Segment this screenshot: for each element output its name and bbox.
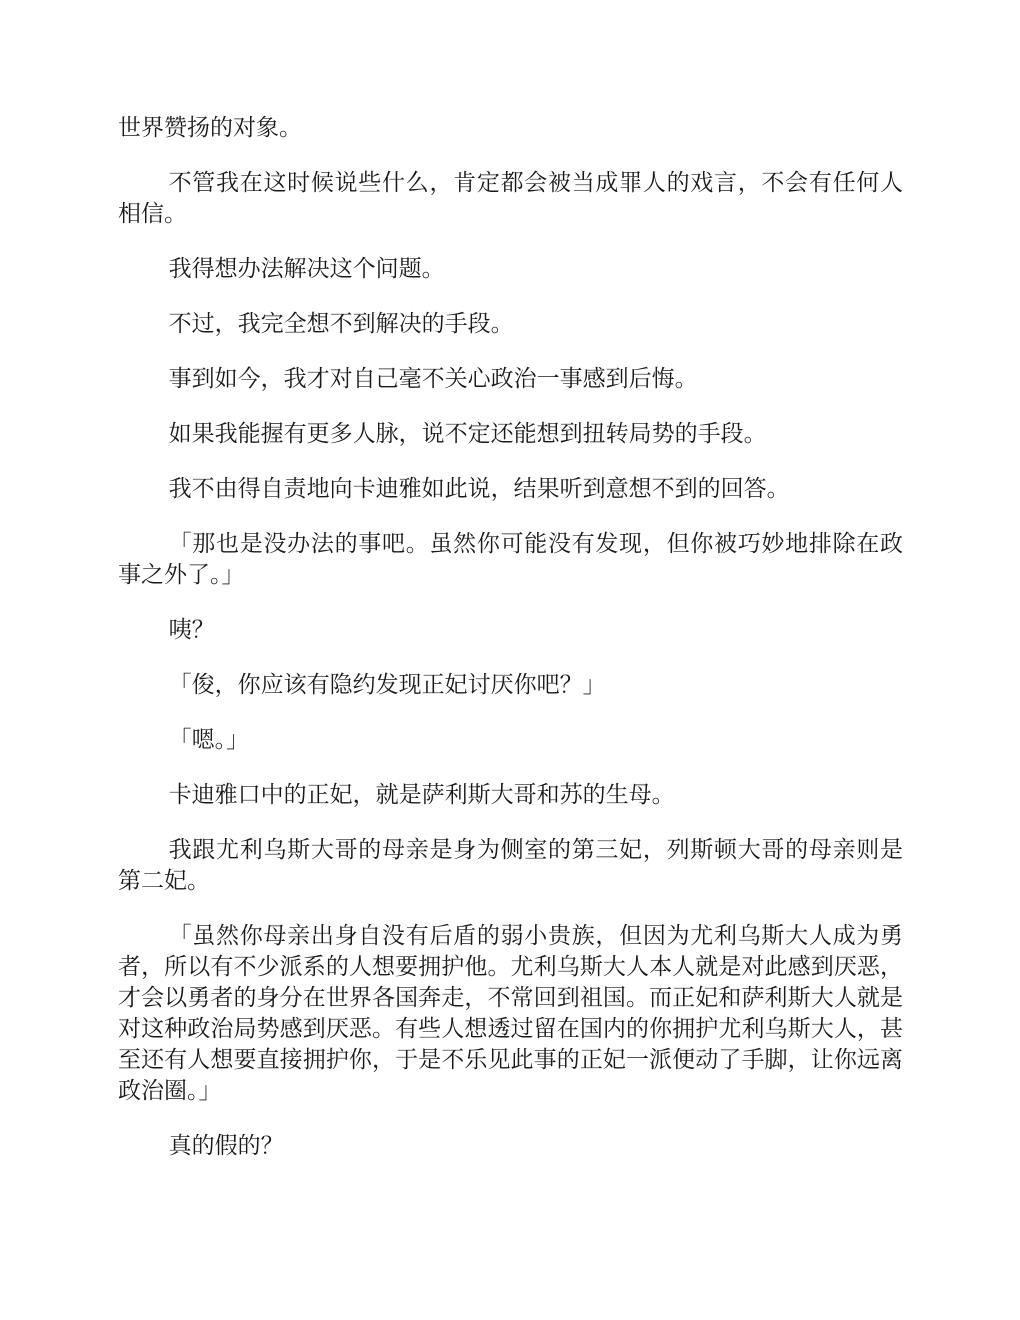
paragraph: 我不由得自责地向卡迪雅如此说，结果听到意想不到的回答。 [118,473,903,504]
paragraph: 咦？ [118,614,903,645]
paragraph: 「那也是没办法的事吧。虽然你可能没有发现，但你被巧妙地排除在政事之外了。」 [118,528,903,590]
paragraph: 真的假的？ [118,1130,903,1161]
paragraph: 「俊，你应该有隐约发现正妃讨厌你吧？」 [118,669,903,700]
paragraph: 我跟尤利乌斯大哥的母亲是身为侧室的第三妃，列斯顿大哥的母亲则是第二妃。 [118,834,903,896]
document-page: 世界赞扬的对象。 不管我在这时候说些什么，肯定都会被当成罪人的戏言，不会有任何人… [0,0,1020,1320]
paragraph: 不管我在这时候说些什么，肯定都会被当成罪人的戏言，不会有任何人相信。 [118,167,903,229]
paragraph: 我得想办法解决这个问题。 [118,253,903,284]
paragraph: 世界赞扬的对象。 [118,112,903,143]
paragraph: 「虽然你母亲出身自没有后盾的弱小贵族，但因为尤利乌斯大人成为勇者，所以有不少派系… [118,920,903,1106]
paragraph: 如果我能握有更多人脉，说不定还能想到扭转局势的手段。 [118,418,903,449]
paragraph: 事到如今，我才对自己毫不关心政治一事感到后悔。 [118,363,903,394]
paragraph: 「嗯。」 [118,724,903,755]
paragraph: 不过，我完全想不到解决的手段。 [118,308,903,339]
paragraph: 卡迪雅口中的正妃，就是萨利斯大哥和苏的生母。 [118,779,903,810]
